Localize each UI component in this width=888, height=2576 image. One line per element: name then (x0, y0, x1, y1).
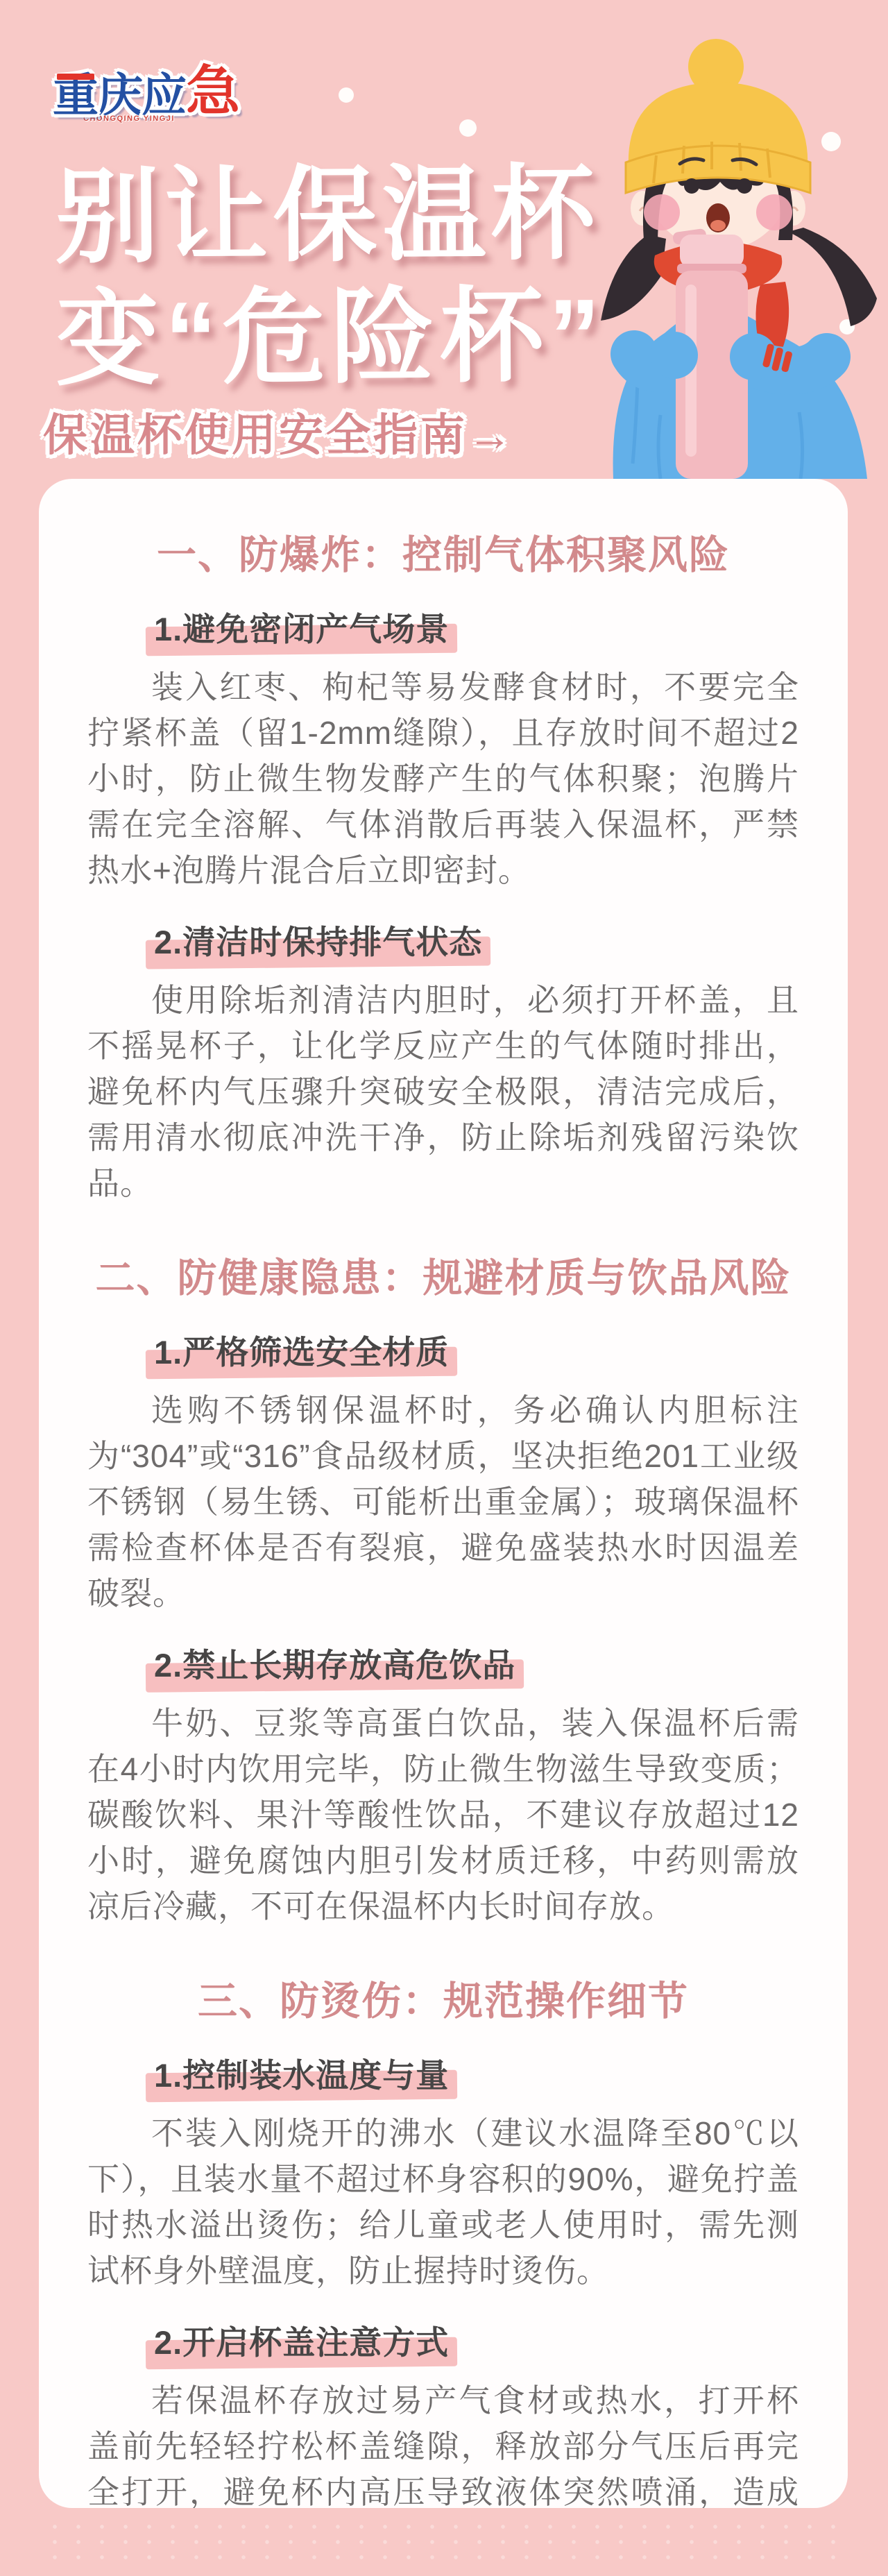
tip-body: 使用除垢剂清洁内胆时，必须打开杯盖，且不摇晃杯子，让化学反应产生的气体随时排出，… (87, 977, 799, 1206)
tip-subheading: 2.清洁时保持排气状态 (151, 917, 799, 963)
tip-body: 装入红枣、枸杞等易发酵食材时，不要完全拧紧杯盖（留1-2mm缝隙），且存放时间不… (87, 664, 799, 893)
girl-with-thermos-illustration (597, 26, 887, 479)
tip-subheading: 2.开启杯盖注意方式 (151, 2317, 799, 2364)
snow-dot (339, 87, 354, 103)
tip-body: 牛奶、豆浆等高蛋白饮品，装入保温杯后需在4小时内饮用完毕，防止微生物滋生导致变质… (87, 1700, 799, 1929)
tip-item: 1.严格筛选安全材质 选购不锈钢保温杯时，务必确认内胆标注为“304”或“316… (87, 1327, 799, 1616)
poster-page: 重 庆 应 急 CHONGQING YINGJI 别让保温杯 变“危险杯” 保温… (0, 0, 888, 2576)
content-card: 一、防爆炸：控制气体积聚风险 1.避免密闭产气场景 装入红枣、枸杞等易发酵食材时… (39, 479, 848, 2508)
tip-subheading: 1.避免密闭产气场景 (151, 604, 799, 650)
snow-dot (459, 119, 477, 137)
logo-red-accent-bar (57, 74, 94, 80)
tip-item: 2.禁止长期存放高危饮品 牛奶、豆浆等高蛋白饮品，装入保温杯后需在4小时内饮用完… (87, 1640, 799, 1929)
girl-illustration-svg (597, 26, 887, 479)
logo-char-qing: 庆 (97, 72, 142, 118)
tip-body: 选购不锈钢保温杯时，务必确认内胆标注为“304”或“316”食品级材质，坚决拒绝… (87, 1387, 799, 1616)
tip-item: 1.避免密闭产气场景 装入红枣、枸杞等易发酵食材时，不要完全拧紧杯盖（留1-2m… (87, 604, 799, 893)
logo-wordmark: 重 庆 应 急 (53, 64, 239, 118)
poster-subtitle: 保温杯使用安全指南→ (43, 400, 515, 464)
logo-char-zhong: 重 (53, 72, 97, 118)
chongqing-emergency-logo: 重 庆 应 急 CHONGQING YINGJI (53, 64, 239, 123)
section-explosion-prevention: 一、防爆炸：控制气体积聚风险 1.避免密闭产气场景 装入红枣、枸杞等易发酵食材时… (87, 523, 799, 1206)
tip-subheading: 1.控制装水温度与量 (151, 2050, 799, 2096)
logo-char-ji: 急 (186, 64, 239, 118)
section-health-hazard-prevention: 二、防健康隐患：规避材质与饮品风险 1.严格筛选安全材质 选购不锈钢保温杯时，务… (87, 1246, 799, 1929)
poster-title: 别让保温杯 变“危险杯” (55, 152, 606, 400)
tip-subheading: 1.严格筛选安全材质 (151, 1327, 799, 1373)
section-heading: 二、防健康隐患：规避材质与饮品风险 (87, 1246, 799, 1303)
poster-title-line2: 变“危险杯” (55, 274, 606, 400)
tip-body: 若保温杯存放过易产气食材或热水，打开杯盖前先轻轻拧松杯盖缝隙，释放部分气压后再完… (87, 2378, 799, 2508)
tip-item: 2.开启杯盖注意方式 若保温杯存放过易产气食材或热水，打开杯盖前先轻轻拧松杯盖缝… (87, 2317, 799, 2508)
tip-item: 1.控制装水温度与量 不装入刚烧开的沸水（建议水温降至80℃以下），且装水量不超… (87, 2050, 799, 2294)
logo-char-ying: 应 (142, 72, 186, 118)
dotted-texture (43, 2519, 845, 2565)
tip-item: 2.清洁时保持排气状态 使用除垢剂清洁内胆时，必须打开杯盖，且不摇晃杯子，让化学… (87, 917, 799, 1206)
tip-subheading: 2.禁止长期存放高危饮品 (151, 1640, 799, 1686)
poster-title-line1: 别让保温杯 (55, 152, 605, 278)
section-scald-prevention: 三、防烫伤：规范操作细节 1.控制装水温度与量 不装入刚烧开的沸水（建议水温降至… (87, 1969, 799, 2508)
section-heading: 一、防爆炸：控制气体积聚风险 (87, 523, 799, 580)
tip-body: 不装入刚烧开的沸水（建议水温降至80℃以下），且装水量不超过杯身容积的90%，避… (87, 2110, 799, 2294)
section-heading: 三、防烫伤：规范操作细节 (87, 1969, 799, 2026)
